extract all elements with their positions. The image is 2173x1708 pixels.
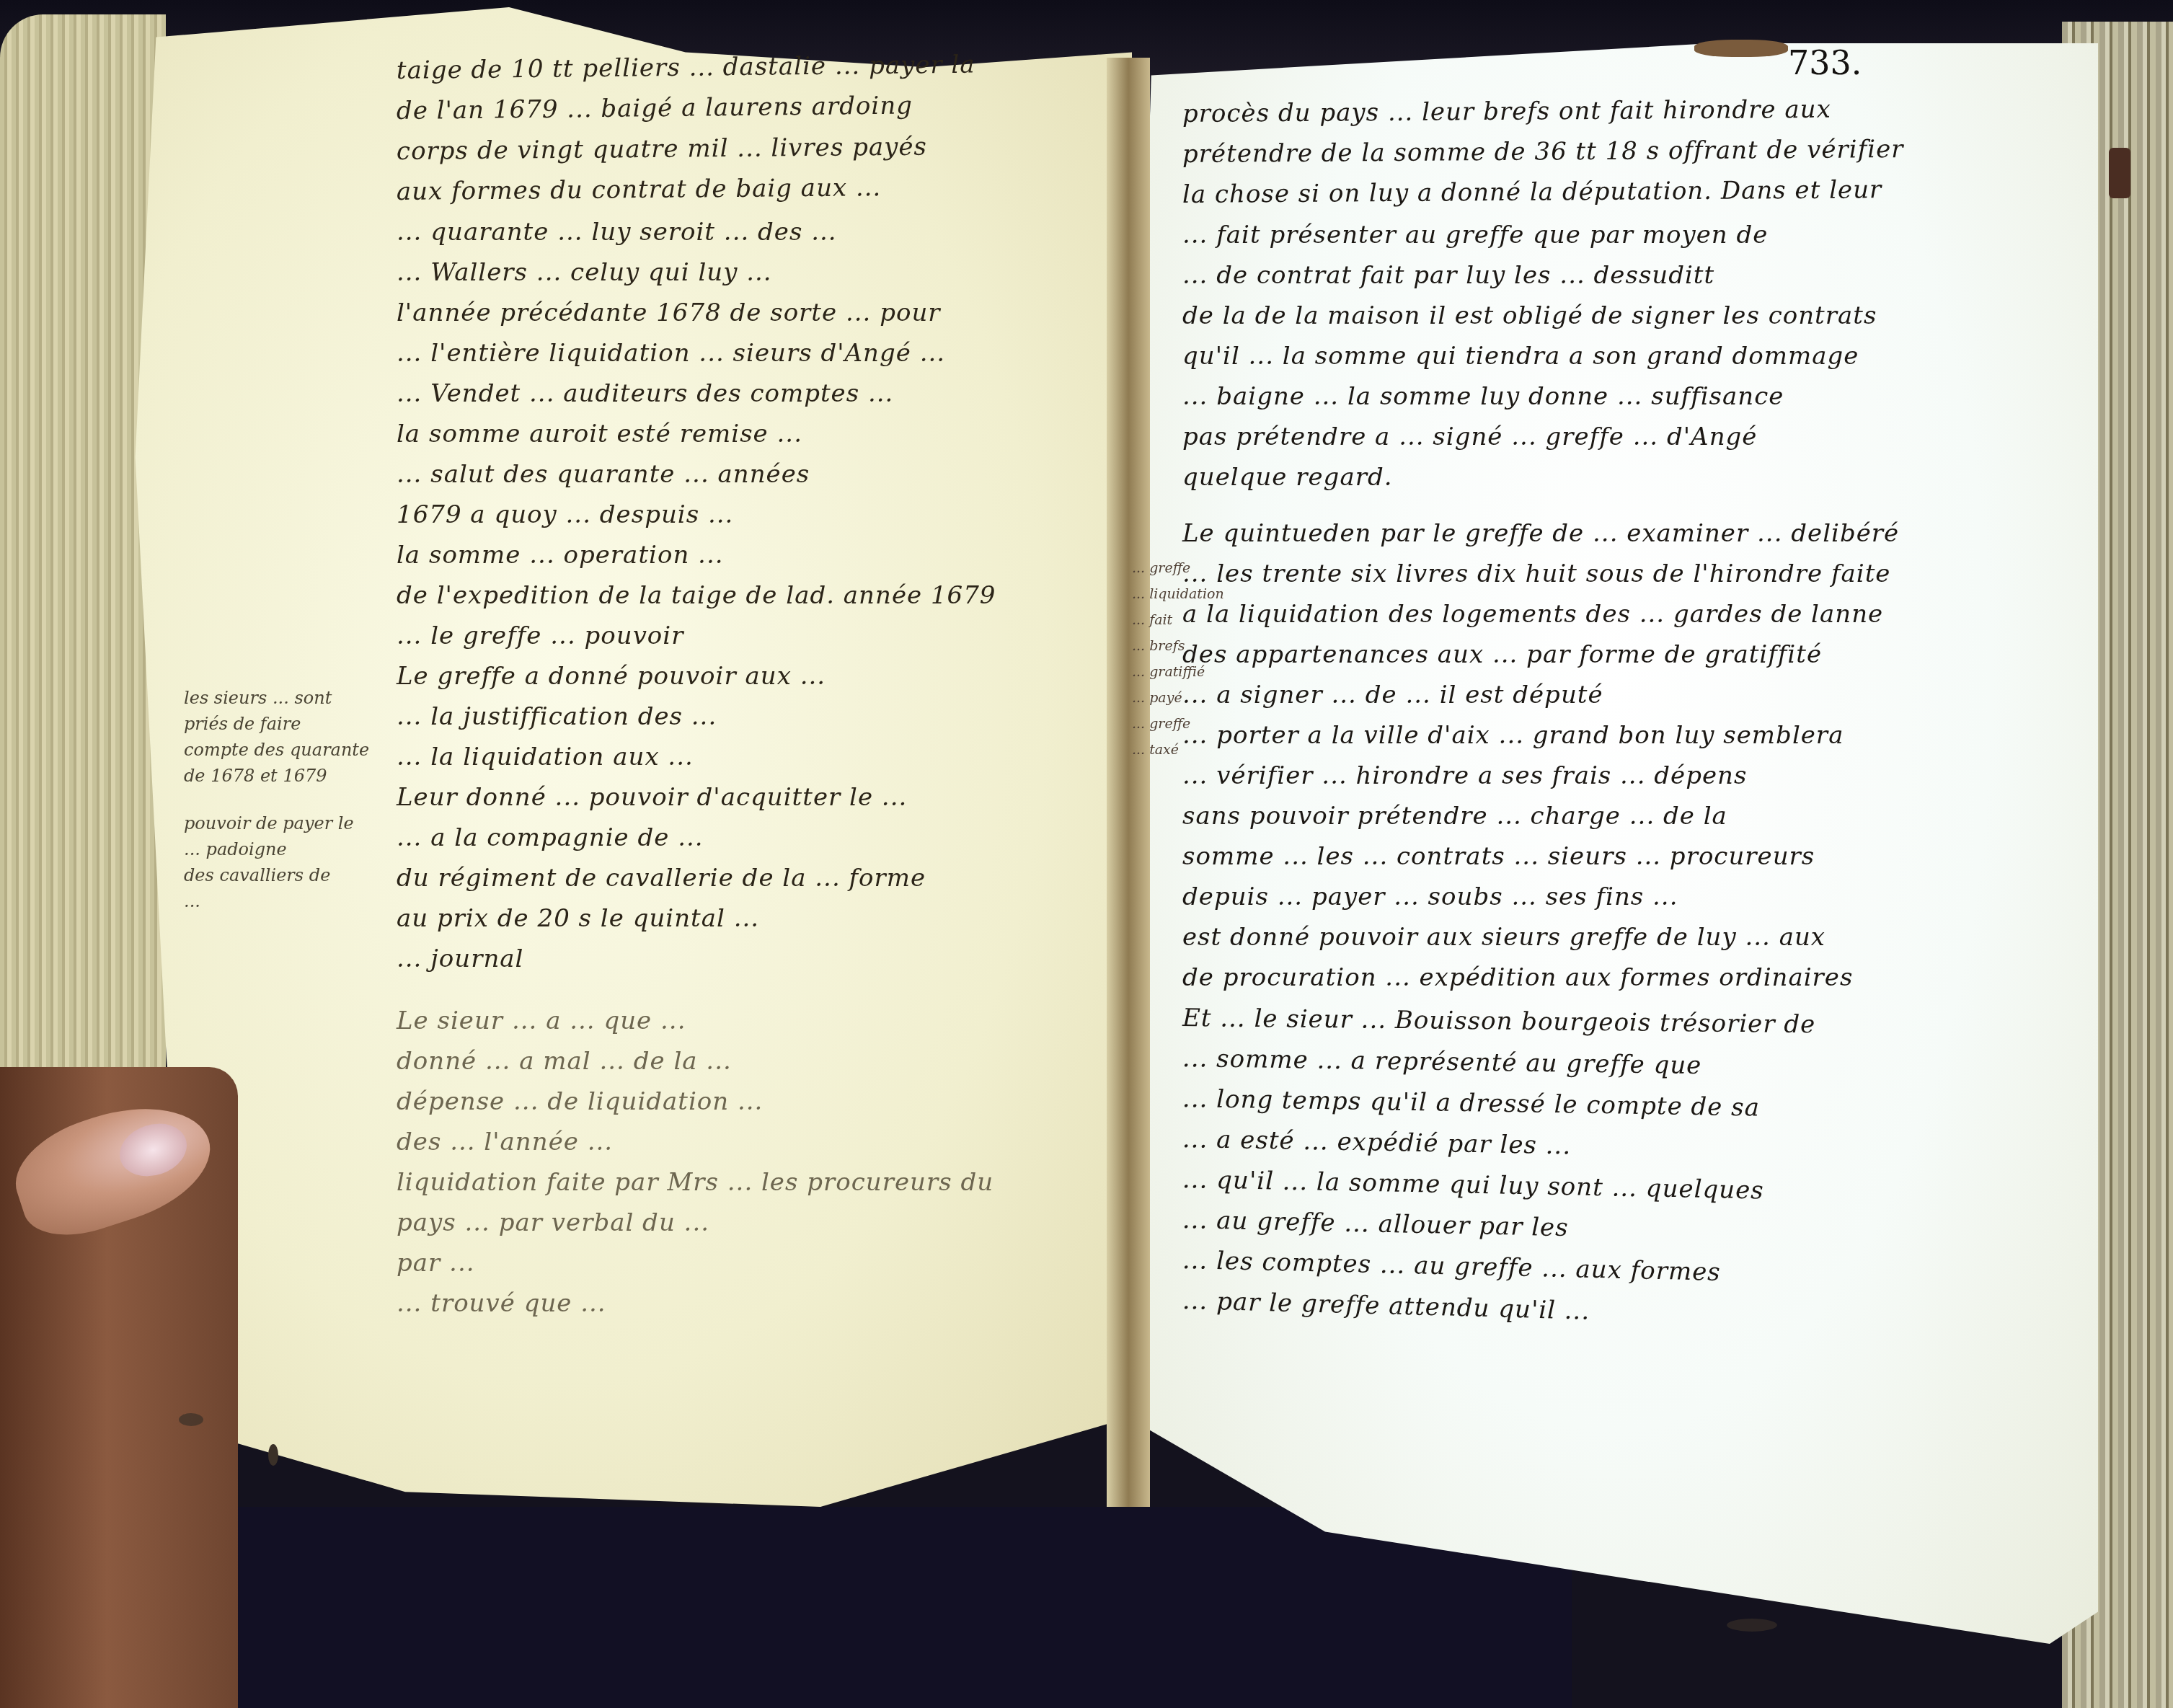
left-margin-notes: les sieurs ... sont priés de faire compt… [184,685,369,914]
ink-spot [179,1413,203,1426]
text-line: ... quarante ... luy seroit ... des ... [397,212,1118,252]
text-line: qu'il ... la somme qui tiendra a son gra… [1182,336,2012,376]
text-line: ... Vendet ... auditeurs des comptes ... [397,373,1118,414]
text-line: ... les trente six livres dix huit sous … [1182,554,2012,594]
right-page-text: procès du pays ... leur brefs ont fait h… [1182,94,2012,1321]
text-line: depuis ... payer ... soubs ... ses fins … [1182,877,2012,917]
binding-damage [2109,148,2130,198]
paper-tear [1694,40,1788,57]
text-line: ... trouvé que ... [397,1283,1118,1324]
text-line: ... a signer ... de ... il est député [1182,675,2012,715]
text-line: liquidation faite par Mrs ... les procur… [397,1162,1118,1203]
text-line: de la de la maison il est obligé de sign… [1182,296,2012,336]
text-line: la chose si on luy a donné la députation… [1182,169,2012,215]
margin-note: compte des quarante [184,737,369,763]
text-line: prétendre de la somme de 36 tt 18 s offr… [1182,128,2012,174]
text-line: des appartenances aux ... par forme de g… [1182,634,2012,675]
text-line: ... le greffe ... pouvoir [397,616,1118,656]
text-line: la somme ... operation ... [397,535,1118,575]
text-line: Leur donné ... pouvoir d'acquitter le ..… [397,777,1118,818]
text-line: pays ... par verbal du ... [397,1203,1118,1243]
margin-note: priés de faire [184,711,369,737]
text-line: pas prétendre a ... signé ... greffe ...… [1182,417,2012,457]
text-line: 1679 a quoy ... despuis ... [397,495,1118,535]
text-line: ... porter a la ville d'aix ... grand bo… [1182,715,2012,756]
text-line: des ... l'année ... [397,1122,1118,1162]
margin-note: les sieurs ... sont [184,685,369,711]
text-line: ... salut des quarante ... années [397,454,1118,495]
text-line: ... fait présenter au greffe que par moy… [1182,215,2012,255]
text-line: du régiment de cavallerie de la ... form… [397,858,1118,898]
text-line: ... journal [397,939,1118,979]
photo-scene: 733. taige de 10 tt pelliers ... dastali… [0,0,2173,1708]
text-line: ... a la compagnie de ... [397,818,1118,858]
ink-spot [268,1444,278,1466]
text-line: par ... [397,1243,1118,1283]
text-line: de l'an 1679 ... baigé a laurens ardoing [397,84,1118,131]
margin-note: ... [184,888,369,914]
text-line: dépense ... de liquidation ... [397,1081,1118,1122]
text-line: quelque regard. [1182,457,2012,497]
text-line: est donné pouvoir aux sieurs greffe de l… [1182,917,2012,957]
text-line: l'année précédante 1678 de sorte ... pou… [397,293,1118,333]
text-line: de procuration ... expédition aux formes… [1182,957,2012,998]
text-line: ... baigne ... la somme luy donne ... su… [1182,376,2012,417]
margin-note: pouvoir de payer le [184,810,369,836]
text-line: procès du pays ... leur brefs ont fait h… [1182,88,2012,134]
text-line: ... la liquidation aux ... [397,737,1118,777]
text-line: la somme auroit esté remise ... [397,414,1118,454]
text-line: sans pouvoir prétendre ... charge ... de… [1182,796,2012,836]
text-line: Le quintueden par le greffe de ... exami… [1182,513,2012,554]
left-page-text: taige de 10 tt pelliers ... dastalie ...… [397,50,1118,1324]
text-line: Le sieur ... a ... que ... [397,1001,1118,1041]
margin-note: de 1678 et 1679 [184,763,369,789]
text-line: ... la justiffication des ... [397,696,1118,737]
text-line: Le greffe a donné pouvoir aux ... [397,656,1118,696]
text-line: taige de 10 tt pelliers ... dastalie ...… [397,43,1118,91]
text-line: ... l'entière liquidation ... sieurs d'A… [397,333,1118,373]
text-line: ... de contrat fait par luy les ... dess… [1182,255,2012,296]
margin-note: ... padoigne [184,836,369,862]
text-line: de l'expedition de la taige de lad. anné… [397,575,1118,616]
paper-damage [1727,1619,1777,1632]
text-line: corps de vingt quatre mil ... livres pay… [397,125,1118,172]
margin-note: des cavalliers de [184,862,369,888]
text-line: au prix de 20 s le quintal ... [397,898,1118,939]
text-line: a la liquidation des logements des ... g… [1182,594,2012,634]
text-line: donné ... a mal ... de la ... [397,1041,1118,1081]
text-line: ... vérifier ... hirondre a ses frais ..… [1182,756,2012,796]
text-line: aux formes du contrat de baig aux ... [397,165,1118,212]
page-number: 733. [1788,43,1862,82]
text-line: ... Wallers ... celuy qui luy ... [397,252,1118,293]
text-line: somme ... les ... contrats ... sieurs ..… [1182,836,2012,877]
